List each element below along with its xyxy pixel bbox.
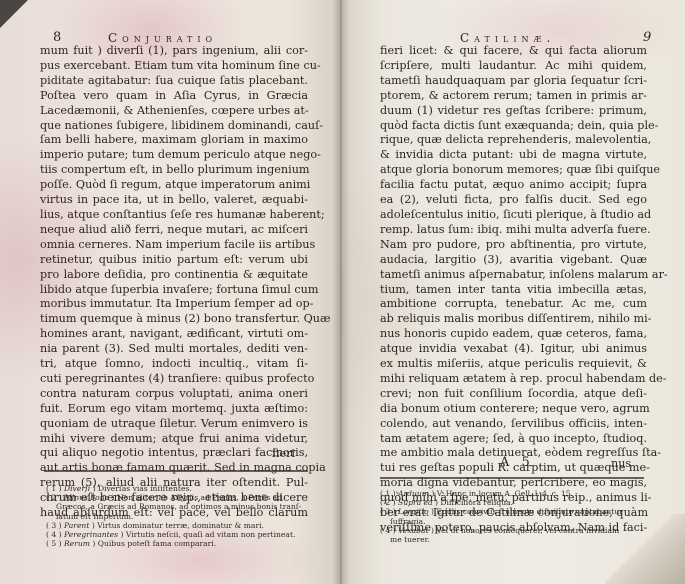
text-line: audacia, largitio (3), avaritia vigebant…	[380, 253, 647, 268]
footnote-number: ( 3 )	[380, 507, 396, 516]
text-line: fieri licet: & qui facere, & qui facta a…	[380, 44, 647, 59]
text-line: remp. latus ſum: ibiq. mihi multa adverſ…	[380, 223, 647, 238]
footnote: ( 2 ) Supra ea ) Difficiliora reliqua.	[380, 498, 650, 507]
footnote-text: ) Epulis conviviis frumento diſtributo c…	[431, 507, 623, 516]
text-line: que nationes ſubigere, libidinem dominan…	[40, 119, 308, 134]
footnote-rule	[44, 470, 308, 472]
text-line: atque gloria bonorum memores; quæ ſibi q…	[380, 163, 647, 178]
footnote-lemma: Minus bono	[64, 493, 109, 502]
footnote: ( 3 ) Largitio ) Epulis conviviis frumen…	[380, 507, 650, 516]
text-line: tametſi haudquaquam par gloria ſequatur …	[380, 74, 647, 89]
text-line: tiis compertum eſt, in bello plurimum in…	[40, 163, 308, 178]
footnote-number: ( 5 )	[46, 539, 62, 548]
footnote-lemma: Diverſi	[64, 484, 90, 493]
text-line: duum (1) videtur res geſtas ſcribere: pr…	[380, 104, 647, 119]
footnote: ( 2 ) Minus bono ) Non aliter ab Aſſyrii…	[46, 493, 310, 502]
torn-corner	[0, 0, 28, 28]
text-line: ab reliquis malis moribus diſſentirem, n…	[380, 312, 647, 327]
text-line: ea (2), veluti ficta, pro falſis ducit. …	[380, 193, 647, 208]
text-line: quoniam de utraque ſiletur. Verum enimve…	[40, 417, 308, 432]
signature-mark: A 5	[500, 455, 534, 470]
text-line: ſcripſere, multi laudantur. Ac mihi quid…	[380, 59, 647, 74]
footnote-text: ) Virtutis neſcii, quaſi ad vitam non pe…	[121, 530, 296, 539]
running-head-title: Catilinæ.	[460, 31, 555, 45]
text-line: timum quemque à minus (2) bono transfert…	[40, 312, 308, 327]
text-line: lius, atque conſtantius ſeſe res humanæ …	[40, 208, 308, 223]
text-line: mihi reliquam ætatem à rep. procul haben…	[380, 372, 647, 387]
text-line: facilia factu putat, æquo animo accipit;…	[380, 178, 647, 193]
text-line: poſſe. Quòd ſi regum, atque imperatorum …	[40, 178, 308, 193]
footnote-continuation: ſuffragia.	[380, 517, 650, 526]
footnote-text: ) Quibus poteſt fama comparari.	[92, 539, 216, 548]
text-line: adoleſcentulus initio, ſicuti plerique, …	[380, 208, 647, 223]
text-line: qui aliquo negotio intentus, præclari fa…	[40, 446, 308, 461]
text-line: rique, quæ delicta reprehenderis, malevo…	[380, 133, 647, 148]
footnote-lemma: Supra ea	[398, 498, 433, 507]
right-footnotes: ( 1 ) Arduum ) V. Hunc in locum A. Gell.…	[380, 489, 650, 544]
text-line: virtus in pace ita, ut in bello, valeret…	[40, 193, 308, 208]
footnote-number: ( 3 )	[46, 521, 62, 530]
text-line: pus exercebant. Etiam tum vita hominum ſ…	[40, 59, 308, 74]
text-line: aut artis bonæ famam quærit. Sed in magn…	[40, 461, 308, 476]
text-line: mihi vivere demum; atque frui anima vide…	[40, 432, 308, 447]
footnote-number: ( 4 )	[380, 526, 396, 535]
page-number: 9	[643, 30, 651, 45]
text-line: crevi; non fuit conſilium ſocordia, atqu…	[380, 387, 647, 402]
footnote-lemma: Largitio	[398, 507, 429, 516]
footnote-continuation: Græcos, a Græcis ad Romanos, ad optimos …	[46, 502, 310, 520]
text-line: moribus immutatur. Ita Imperium ſemper a…	[40, 297, 308, 312]
text-line: omnia cerneres. Nam imperium facile iis …	[40, 238, 308, 253]
left-body-text: mum fuit ) diverſi (1), pars ingenium, a…	[40, 44, 308, 521]
text-line: ſam belli habere, maximam gloriam in max…	[40, 133, 308, 148]
text-line: Poſtea vero quam in Aſia Cyrus, in Græci…	[40, 89, 308, 104]
footnote-lemma: Arduum	[398, 489, 429, 498]
book-spread: 8 Conjuratio mum fuit ) diverſi (1), par…	[0, 0, 685, 584]
text-line: mum fuit ) diverſi (1), pars ingenium, a…	[40, 44, 308, 59]
footnote-text: ) Difficiliora reliqua.	[435, 498, 513, 507]
footnote-lemma: Peregrinantes	[64, 530, 118, 539]
text-line: ambitione corrupta, tenebatur. Ac me, cu…	[380, 297, 647, 312]
footnote-text: ) Vel ut honores conſequerer, vel contra…	[431, 526, 619, 535]
footnote: ( 3 ) Parent ) Virtus dominatur terræ, d…	[46, 521, 310, 530]
footnote-rule	[380, 477, 644, 479]
book-gutter	[332, 0, 350, 584]
footnote-text: ) Non aliter ab Aſſyriis ad Perſas, a Pe…	[112, 493, 282, 502]
footnote-number: ( 2 )	[46, 493, 62, 502]
text-line: imperio putare; tum demum periculo atque…	[40, 148, 308, 163]
text-line: atque invidia vexabat (4). Igitur, ubi a…	[380, 342, 647, 357]
footnote-number: ( 4 )	[46, 530, 62, 539]
footnote-text: ) Diverſas vias inſiſtentes.	[93, 484, 192, 493]
left-page: 8 Conjuratio mum fuit ) diverſi (1), par…	[0, 0, 340, 584]
text-line: piditate agitabatur: ſua cuique ſatis pl…	[40, 74, 308, 89]
catchword: nus	[611, 457, 631, 470]
text-line: colendo, aut venando, ſervilibus officii…	[380, 417, 647, 432]
footnote-lemma: Rerum	[64, 539, 90, 548]
text-line: dia bonum otium conterere; neque vero, a…	[380, 402, 647, 417]
footnote-lemma: Vexabat	[398, 526, 429, 535]
right-page: Catilinæ. 9 fieri licet: & qui facere, &…	[340, 0, 685, 584]
footnote: ( 5 ) Rerum ) Quibus poteſt fama compara…	[46, 539, 310, 548]
text-line: tam ætatem agere; ſed, à quo incepto, ſt…	[380, 432, 647, 447]
text-line: pro labore deſidia, pro continentia & æq…	[40, 268, 308, 283]
text-line: libido atque ſuperbia invaſere; fortuna …	[40, 283, 308, 298]
footnote: ( 1 ) Arduum ) V. Hunc in locum A. Gell.…	[380, 489, 650, 498]
page-number: 8	[53, 30, 61, 45]
text-line: neque aliud alið ferri, neque mutari, ac…	[40, 223, 308, 238]
footnote-number: ( 2 )	[380, 498, 396, 507]
footnote-number: ( 1 )	[46, 484, 62, 493]
catchword: fieri	[272, 447, 295, 460]
text-line: retinetur, quibus initio partum eſt: ver…	[40, 253, 308, 268]
text-line: ptorem, & actorem rerum; tamen in primis…	[380, 89, 647, 104]
text-line: tium, tamen inter tanta vitia imbecilla …	[380, 283, 647, 298]
text-line: contra naturam corpus voluptati, anima o…	[40, 387, 308, 402]
text-line: nus honoris cupido eadem, quæ ceteros, f…	[380, 327, 647, 342]
footnote: ( 4 ) Vexabat ) Vel ut honores conſequer…	[380, 526, 650, 535]
text-line: quòd facta dictis ſunt exæquanda; dein, …	[380, 119, 647, 134]
text-line: tri, atque ſomno, indocti incultiq., vit…	[40, 357, 308, 372]
text-line: tametſi animus aſpernabatur, inſolens ma…	[380, 268, 647, 283]
footnote-number: ( 1 )	[380, 489, 396, 498]
footnote: ( 4 ) Peregrinantes ) Virtutis neſcii, q…	[46, 530, 310, 539]
footnote-lemma: Parent	[64, 521, 89, 530]
text-line: Nam pro pudore, pro abſtinentia, pro vir…	[380, 238, 647, 253]
text-line: cuti peregrinantes (4) tranſiere: quibus…	[40, 372, 308, 387]
left-footnotes: ( 1 ) Diverſi ) Diverſas vias inſiſtente…	[46, 484, 310, 548]
text-line: homines arant, navigant, ædificant, virt…	[40, 327, 308, 342]
footnote-text: ) V. Hunc in locum A. Gell. l. 4. c. 15.	[431, 489, 573, 498]
running-head-title: Conjuratio	[108, 31, 217, 45]
text-line: fuit. Eorum ego vitam mortemq. juxta æſt…	[40, 402, 308, 417]
footnote: ( 1 ) Diverſi ) Diverſas vias inſiſtente…	[46, 484, 310, 493]
footnote-text: ) Virtus dominatur terræ, dominatur & ma…	[92, 521, 264, 530]
text-line: & invidia dicta putant: ubi de magna vir…	[380, 148, 647, 163]
text-line: nia parent (3). Sed multi mortales, dedi…	[40, 342, 308, 357]
text-line: Lacedæmonii, & Athenienſes, cœpere urbes…	[40, 104, 308, 119]
text-line: ex multis miſeriis, atque periculis requ…	[380, 357, 647, 372]
